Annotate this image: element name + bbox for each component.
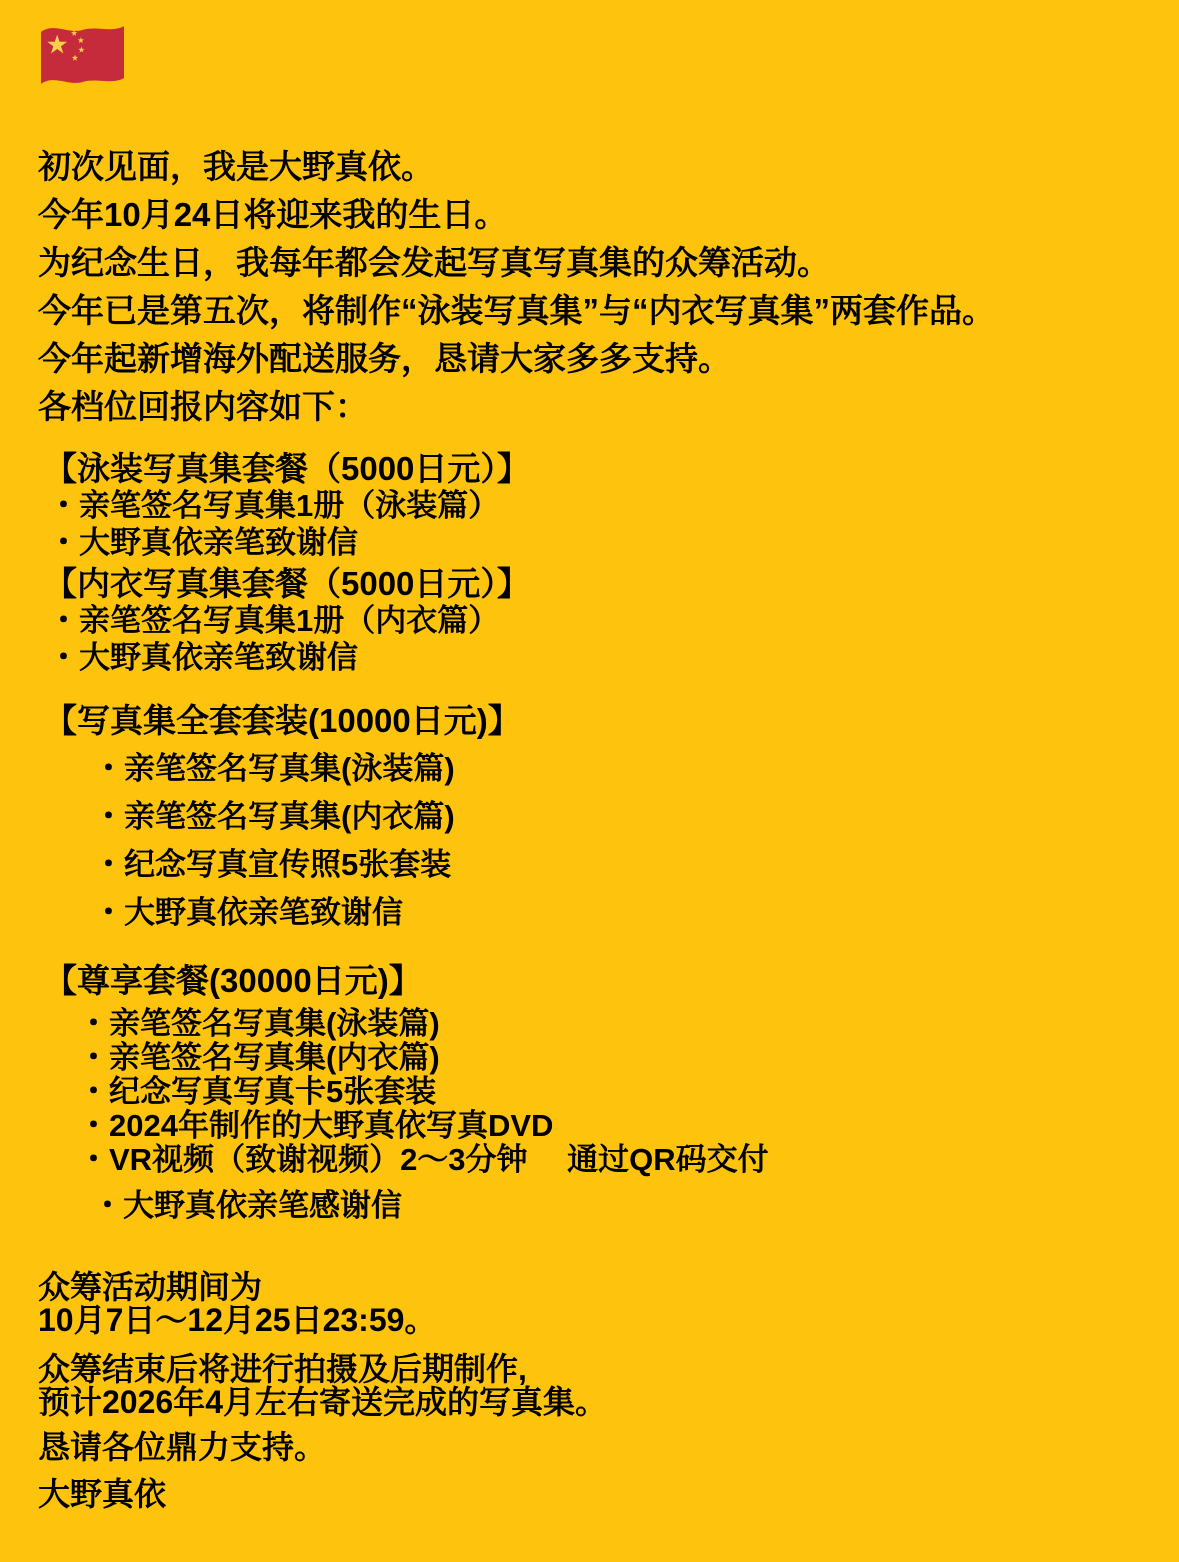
intro-line-fifth-time: 今年已是第五次，将制作“泳装写真集”与“内衣写真集”两套作品。 <box>38 287 995 335</box>
campaign-period-dates: 10月7日～12月25日23:59。 <box>38 1304 436 1337</box>
package-header: 【泳装写真集套餐（5000日元）】 <box>44 450 530 487</box>
intro-line-overseas: 今年起新增海外配送服务，恳请大家多多支持。 <box>38 335 995 383</box>
package-full-set-10000: 【写真集全套套装(10000日元)】 ・亲笔签名写真集(泳装篇) ・亲笔签名写真… <box>44 697 521 937</box>
china-flag-icon <box>34 16 131 94</box>
package-item: ・2024年制作的大野真依写真DVD <box>44 1109 769 1143</box>
package-premium-30000: 【尊享套餐(30000日元)】 ・亲笔签名写真集(泳装篇) ・亲笔签名写真集(内… <box>44 955 769 1223</box>
page: 初次见面，我是大野真依。 今年10月24日将迎来我的生日。 为纪念生日，我每年都… <box>0 0 1179 1562</box>
intro-line-birthday: 今年10月24日将迎来我的生日。 <box>38 191 995 239</box>
package-item: ・亲笔签名写真集(内衣篇) <box>44 1041 769 1075</box>
intro-line-rewards: 各档位回报内容如下： <box>38 383 995 431</box>
package-item: ・VR视频（致谢视频）2～3分钟 通过QR码交付 <box>44 1143 769 1177</box>
intro-line-campaign: 为纪念生日，我每年都会发起写真写真集的众筹活动。 <box>38 239 995 287</box>
package-item: ・亲笔签名写真集(泳装篇) <box>44 745 521 793</box>
package-header: 【尊享套餐(30000日元)】 <box>44 955 769 1007</box>
package-header: 【内衣写真集套餐（5000日元）】 <box>44 565 530 602</box>
campaign-period: 众筹活动期间为 10月7日～12月25日23:59。 <box>38 1271 436 1337</box>
package-header: 【写真集全套套装(10000日元)】 <box>44 697 521 745</box>
package-item: ・亲笔签名写真集1册（泳装篇） <box>44 487 530 524</box>
package-item: ・大野真依亲笔感谢信 <box>44 1189 769 1223</box>
closing-line: 恳请各位鼎力支持。 <box>38 1431 326 1464</box>
campaign-period-label: 众筹活动期间为 <box>38 1271 436 1304</box>
package-item: ・大野真依亲笔致谢信 <box>44 524 530 561</box>
package-item: ・亲笔签名写真集(泳装篇) <box>44 1007 769 1041</box>
production-schedule: 众筹结束后将进行拍摄及后期制作, 预计2026年4月左右寄送完成的写真集。 <box>38 1353 607 1419</box>
package-swimsuit-5000: 【泳装写真集套餐（5000日元）】 ・亲笔签名写真集1册（泳装篇） ・大野真依亲… <box>44 450 530 561</box>
package-underwear-5000: 【内衣写真集套餐（5000日元）】 ・亲笔签名写真集1册（内衣篇） ・大野真依亲… <box>44 565 530 676</box>
package-item: ・大野真依亲笔致谢信 <box>44 889 521 937</box>
production-schedule-line: 众筹结束后将进行拍摄及后期制作, <box>38 1353 607 1386</box>
package-item: ・亲笔签名写真集1册（内衣篇） <box>44 602 530 639</box>
package-item: ・纪念写真宣传照5张套装 <box>44 841 521 889</box>
signature: 大野真依 <box>38 1478 166 1511</box>
production-schedule-line: 预计2026年4月左右寄送完成的写真集。 <box>38 1386 607 1419</box>
package-item: ・纪念写真写真卡5张套装 <box>44 1075 769 1109</box>
package-item: ・亲笔签名写真集(内衣篇) <box>44 793 521 841</box>
intro-paragraph: 初次见面，我是大野真依。 今年10月24日将迎来我的生日。 为纪念生日，我每年都… <box>38 143 995 431</box>
intro-line-greeting: 初次见面，我是大野真依。 <box>38 143 995 191</box>
package-item: ・大野真依亲笔致谢信 <box>44 639 530 676</box>
